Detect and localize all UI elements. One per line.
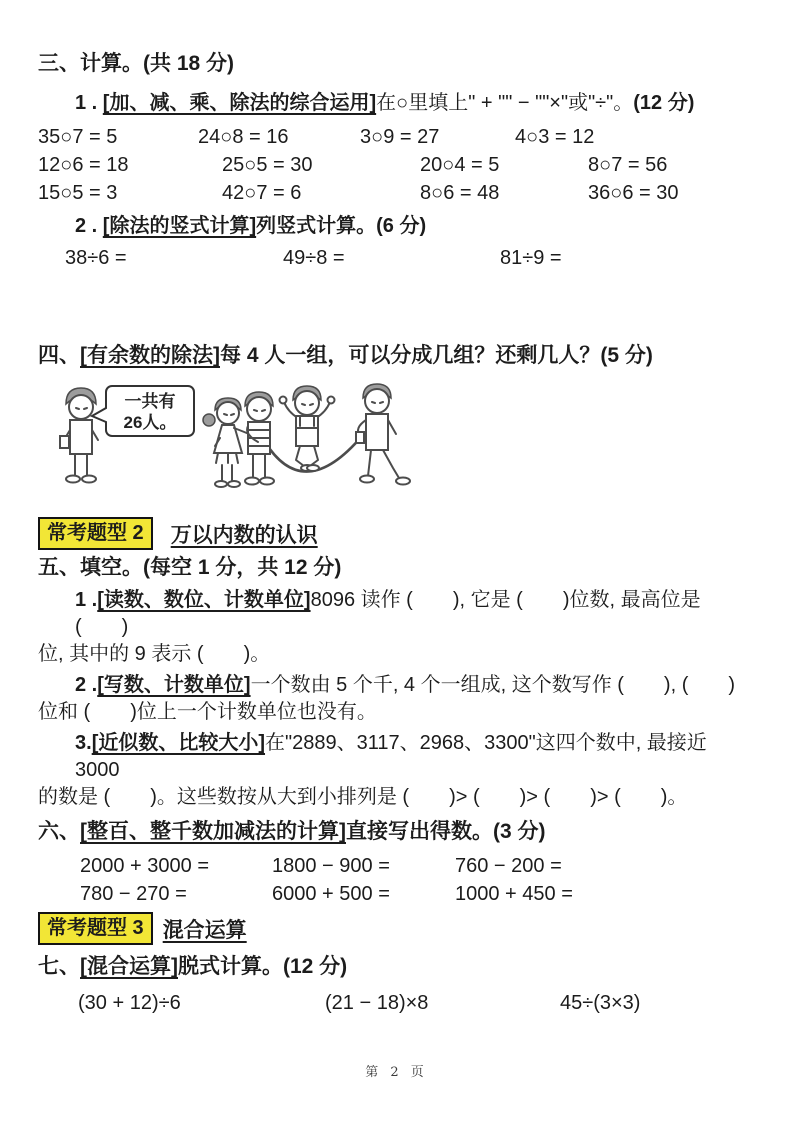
q1-topic-tag: [读数、数位、计数单位] [97, 589, 310, 611]
q2-number: 2 . [75, 215, 103, 237]
division-problem: 81÷9 = [500, 244, 562, 272]
equation: 42○7 = 6 [222, 179, 420, 207]
q2-text: 一个数由 5 个千, 4 个一组成, 这个数写作 ( ), ( ) [251, 674, 735, 696]
section-5-heading: 五、填空。(每空 1 分，共 12 分) [38, 554, 755, 582]
section-6-heading: 六、[整百、整千数加减法的计算]直接写出得数。(3 分) [38, 818, 755, 846]
bubble-text-line2: 26人。 [124, 413, 177, 432]
q3-topic-tag: [近似数、比较大小] [92, 732, 265, 754]
q3-number: 3. [75, 732, 92, 754]
equation: 2000 + 3000 = [80, 852, 272, 880]
division-problem: 49÷8 = [283, 244, 500, 272]
section-6-row-1: 2000 + 3000 = 1800 − 900 = 760 − 200 = [38, 852, 755, 880]
section-6-points: (3 分) [493, 820, 546, 843]
section-4-heading: 四、[有余数的除法]每 4 人一组，可以分成几组？还剩几人？(5 分) [38, 342, 755, 370]
section-3-heading: 三、计算。(共 18 分) [38, 50, 755, 78]
equation: 780 − 270 = [80, 880, 272, 908]
boy-left [60, 388, 98, 483]
section-7-topic-tag: [混合运算] [80, 955, 178, 978]
equation: 1000 + 450 = [455, 880, 573, 908]
section-5-q1-line1: 1 .[读数、数位、计数单位]8096 读作 ( ), 它是 ( )位数, 最高… [38, 587, 755, 641]
equation: 3○9 = 27 [360, 123, 515, 151]
q2-number: 2 . [75, 674, 97, 696]
exam-page: 三、计算。(共 18 分) 1 . [加、减、乘、除法的综合运用]在○里填上" … [0, 0, 793, 1122]
children-jump-rope-illustration: 一共有 26人。 [32, 378, 755, 511]
q1-equation-row-1: 35○7 = 5 24○8 = 16 3○9 = 27 4○3 = 12 [38, 123, 755, 151]
boy-turner [245, 392, 274, 485]
section-4-points: (5 分) [600, 344, 653, 367]
section-5-q2-line1: 2 .[写数、计数单位]一个数由 5 个千, 4 个一组成, 这个数写作 ( )… [38, 672, 755, 699]
q2-points: (6 分) [376, 215, 426, 237]
section-4-text: 每 4 人一组，可以分成几组？还剩几人？ [220, 344, 600, 367]
expression: 45÷(3×3) [560, 989, 640, 1017]
equation: 8○7 = 56 [588, 151, 667, 179]
column-calculation-workspace [38, 272, 755, 342]
section-6-topic-tag: [整百、整千数加减法的计算] [80, 820, 346, 843]
jumping-boy [280, 386, 335, 471]
section-5-q1-line2: 位, 其中的 9 表示 ( )。 [38, 641, 755, 668]
topic-3-row: 常考题型 3 混合运算 [38, 912, 755, 945]
q1-equation-row-2: 12○6 = 18 25○5 = 30 20○4 = 5 8○7 = 56 [38, 151, 755, 179]
boy-holder-right [356, 384, 410, 485]
topic-2-row: 常考题型 2 万以内数的认识 [38, 517, 755, 550]
q1-text: 在○里填上" + "" − ""×"或"÷"。 [376, 92, 633, 114]
section-4-number: 四、 [38, 344, 80, 367]
equation: 8○6 = 48 [420, 179, 588, 207]
q1-topic-tag: [加、减、乘、除法的综合运用] [103, 92, 376, 114]
equation: 760 − 200 = [455, 852, 562, 880]
equation: 6000 + 500 = [272, 880, 455, 908]
topic-3-badge: 常考题型 3 [38, 912, 153, 945]
equation: 4○3 = 12 [515, 123, 594, 151]
expression: (30 + 12)÷6 [78, 989, 325, 1017]
topic-2-badge: 常考题型 2 [38, 517, 153, 550]
section-3-q1-instruction: 1 . [加、减、乘、除法的综合运用]在○里填上" + "" − ""×"或"÷… [38, 90, 755, 117]
q2-problem-row: 38÷6 = 49÷8 = 81÷9 = [38, 244, 755, 272]
equation: 15○5 = 3 [38, 179, 222, 207]
section-6-number: 六、 [38, 820, 80, 843]
section-7-text: 脱式计算。 [178, 955, 283, 978]
section-5-q3-line2: 的数是 ( )。这些数按从大到小排列是 ( )> ( )> ( )> ( )。 [38, 784, 755, 811]
section-5-q2-line2: 位和 ( )位上一个计数单位也没有。 [38, 699, 755, 726]
section-7-points: (12 分) [283, 955, 347, 978]
q1-number: 1 . [75, 589, 97, 611]
section-6-text: 直接写出得数。 [346, 820, 493, 843]
section-7-problem-row: (30 + 12)÷6 (21 − 18)×8 45÷(3×3) [38, 989, 755, 1017]
page-number-footer: 第 2 页 [0, 1061, 793, 1080]
bubble-text-line1: 一共有 [125, 391, 176, 411]
q2-topic-tag: [写数、计数单位] [97, 674, 250, 696]
topic-3-title: 混合运算 [163, 914, 247, 944]
equation: 1800 − 900 = [272, 852, 455, 880]
equation: 24○8 = 16 [198, 123, 360, 151]
section-4-topic-tag: [有余数的除法] [80, 344, 220, 367]
division-problem: 38÷6 = [65, 244, 283, 272]
q1-points: (12 分) [633, 92, 694, 114]
section-7-heading: 七、[混合运算]脱式计算。(12 分) [38, 953, 755, 981]
equation: 20○4 = 5 [420, 151, 588, 179]
q2-topic-tag: [除法的竖式计算] [103, 215, 256, 237]
topic-2-title: 万以内数的认识 [171, 519, 318, 549]
equation: 35○7 = 5 [38, 123, 198, 151]
equation: 36○6 = 30 [588, 179, 679, 207]
q1-equation-row-3: 15○5 = 3 42○7 = 6 8○6 = 48 36○6 = 30 [38, 179, 755, 207]
section-7-number: 七、 [38, 955, 80, 978]
equation: 12○6 = 18 [38, 151, 222, 179]
q2-text: 列竖式计算。 [256, 215, 376, 237]
expression: (21 − 18)×8 [325, 989, 560, 1017]
q1-number: 1 . [75, 92, 103, 114]
equation: 25○5 = 30 [222, 151, 420, 179]
section-3-q2-instruction: 2 . [除法的竖式计算]列竖式计算。(6 分) [38, 213, 755, 240]
speech-bubble: 一共有 26人。 [92, 386, 194, 436]
section-5-q3-line1: 3.[近似数、比较大小]在"2889、3117、2968、3300"这四个数中,… [38, 730, 755, 784]
section-6-row-2: 780 − 270 = 6000 + 500 = 1000 + 450 = [38, 880, 755, 908]
